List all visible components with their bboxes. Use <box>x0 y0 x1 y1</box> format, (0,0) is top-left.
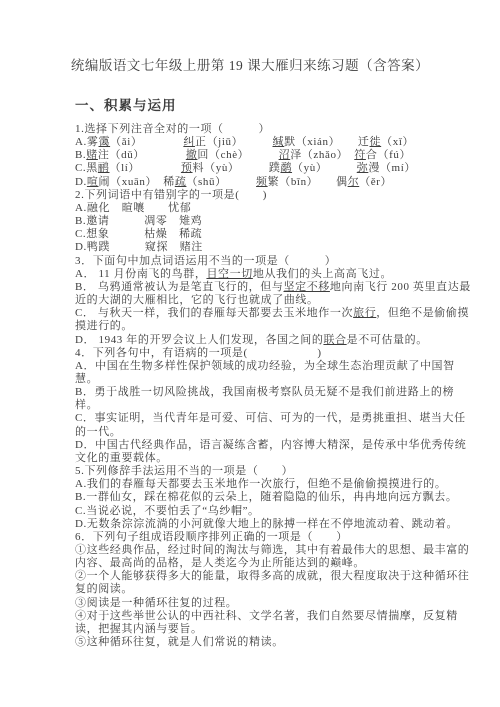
question-1-stem: 1.选择下列注音全对的一项（ ） <box>75 123 474 136</box>
question-3-option-d: D． 1943 年的开罗会议上人们发现，各国之间的联合是不可估量的。 <box>75 334 474 347</box>
section-heading: 一、积累与运用 <box>75 98 472 113</box>
question-6-sentence-2: ②一个人能够获得多大的能量，取得多高的成就，很大程度取决于这种循环往复的阅读。 <box>75 570 474 596</box>
question-6: 6．下列句子组成语段顺序排列正确的一项是（ ） ①这些经典作品，经过时间的淘汰与… <box>75 531 474 649</box>
question-2-option-d: D.鸭蹼 窥探 赌注 <box>75 241 474 254</box>
question-4-option-d: D．中国古代经典作品，语言凝练含蓄，内容博大精深，是传承中华优秀传统文化的重要载… <box>75 439 474 465</box>
question-6-sentence-1: ①这些经典作品，经过时间的淘汰与筛选，其中有着最伟大的思想、最丰富的内容、最高尚… <box>75 544 474 570</box>
question-4-stem: 4．下列各句中，有语病的一项是( ) <box>75 347 474 360</box>
question-1: 1.选择下列注音全对的一项（ ） A.雾霭（ǎi） 纠正（jiū） 缄默（xiá… <box>75 123 474 189</box>
question-5-option-a: A.我们的春雁每天都要去玉米地作一次旅行，但绝不是偷偷摸摸进行的。 <box>75 478 474 491</box>
question-1-option-c: C.黑鹂（lí） 预料（yù） 蹼鹬（yù） 弥漫（mí） <box>75 162 474 175</box>
question-3-option-a: A． 11 月份南飞的鸟群，目空一切地从我们的头上高高飞过。 <box>75 268 474 281</box>
question-2-stem: 2.下列词语中有错别字的一项是( ) <box>75 189 474 202</box>
document-body: 1.选择下列注音全对的一项（ ） A.雾霭（ǎi） 纠正（jiū） 缄默（xiá… <box>75 123 474 649</box>
question-6-sentence-4: ④对于这些举世公认的中西社科、文学名著，我们自然要尽情揣摩，反复精读，把握其内涵… <box>75 610 474 636</box>
question-5-stem: 5.下列修辞手法运用不当的一项是（ ） <box>75 465 474 478</box>
question-5-option-c: C.当说必说，不要怕丢了“乌纱帽”。 <box>75 505 474 518</box>
question-6-stem: 6．下列句子组成语段顺序排列正确的一项是（ ） <box>75 531 474 544</box>
question-3-stem: 3．下面句中加点词语运用不当的一项是（ ） <box>75 255 474 268</box>
question-5-option-d: D.无数条淙淙流淌的小河就像大地上的脉搏一样在不停地流动着、跳动着。 <box>75 518 474 531</box>
question-2: 2.下列词语中有错别字的一项是( ) A.融化 暄嚷 忧郁 B.邀请 凋零 雉鸡… <box>75 189 474 255</box>
question-5-option-b: B.一群仙女，踩在棉花似的云朵上，随着隐隐的仙乐，冉冉地向远方飘去。 <box>75 491 474 504</box>
question-5: 5.下列修辞手法运用不当的一项是（ ） A.我们的春雁每天都要去玉米地作一次旅行… <box>75 465 474 531</box>
question-4-option-c: C．事实证明，当代青年是可爱、可信、可为的一代，是勇挑重担、堪当大任的一代。 <box>75 412 474 438</box>
question-2-option-a: A.融化 暄嚷 忧郁 <box>75 202 474 215</box>
question-1-option-b: B.赌注（dǔ） 撤回（chè） 沼泽（zhǎo） 符合（fú） <box>75 149 474 162</box>
question-1-option-d: D.喧闹（xuān） 稀疏（shū） 频繁（bīn） 偶尔（ěr） <box>75 176 474 189</box>
question-6-sentence-5: ⑤这种循环往复，就是人们常说的精读。 <box>75 636 474 649</box>
question-2-option-b: B.邀请 凋零 雉鸡 <box>75 215 474 228</box>
question-3: 3．下面句中加点词语运用不当的一项是（ ） A． 11 月份南飞的鸟群，目空一切… <box>75 255 474 347</box>
question-2-option-c: C.想象 枯燥 稀疏 <box>75 228 474 241</box>
question-3-option-b: B． 乌鸦通常被认为是笔直飞行的，但与坚定不移地向南飞行 200 英里直达最近的… <box>75 281 474 307</box>
question-1-option-a: A.雾霭（ǎi） 纠正（jiū） 缄默（xián） 迁徙（xǐ） <box>75 136 474 149</box>
question-4: 4．下列各句中，有语病的一项是( ) A．中国在生物多样性保护领域的成功经验，为… <box>75 347 474 465</box>
document-page: 统编版语文七年级上册第 19 课大雁归来练习题（含答案） 一、积累与运用 1.选… <box>0 0 500 707</box>
question-4-option-a: A．中国在生物多样性保护领域的成功经验，为全球生态治理贡献了中国智慧。 <box>75 360 474 386</box>
question-3-option-c: C． 与秋天一样，我们的春雁每天都要去玉米地作一次旅行，但绝不是偷偷摸摸进行的。 <box>75 307 474 333</box>
document-title: 统编版语文七年级上册第 19 课大雁归来练习题（含答案） <box>0 58 500 74</box>
question-4-option-b: B．勇于战胜一切风险挑战，我国南极考察队员无疑不是我们前进路上的榜样。 <box>75 386 474 412</box>
question-6-sentence-3: ③阅读是一种循环往复的过程。 <box>75 597 474 610</box>
